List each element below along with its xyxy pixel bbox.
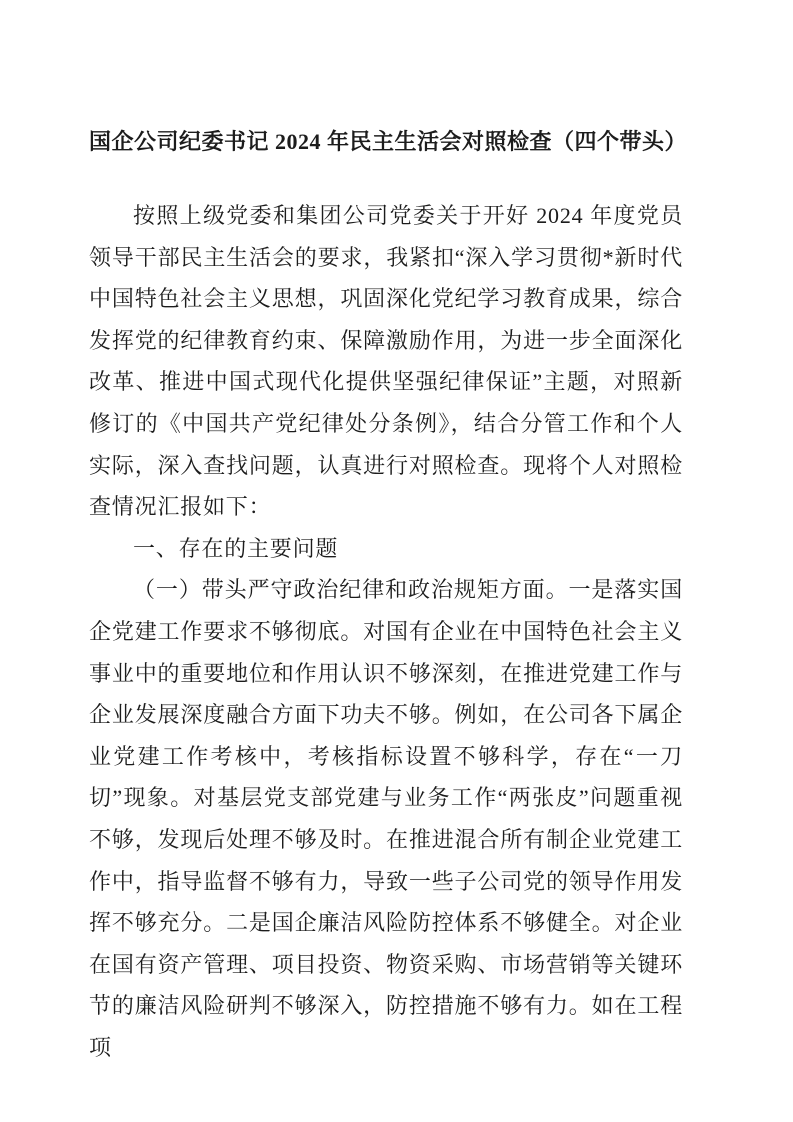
document-page: 国企公司纪委书记 2024 年民主生活会对照检查（四个带头） 按照上级党委和集团… (0, 0, 793, 1122)
document-body: 按照上级党委和集团公司党委关于开好 2024 年度党员领导干部民主生活会的要求，… (89, 195, 683, 1068)
paragraph-intro: 按照上级党委和集团公司党委关于开好 2024 年度党员领导干部民主生活会的要求，… (89, 195, 683, 528)
document-title: 国企公司纪委书记 2024 年民主生活会对照检查（四个带头） (89, 127, 683, 157)
section-heading: 一、存在的主要问题 (89, 528, 683, 570)
paragraph-section-body: （一）带头严守政治纪律和政治规矩方面。一是落实国企党建工作要求不够彻底。对国有企… (89, 569, 683, 1068)
